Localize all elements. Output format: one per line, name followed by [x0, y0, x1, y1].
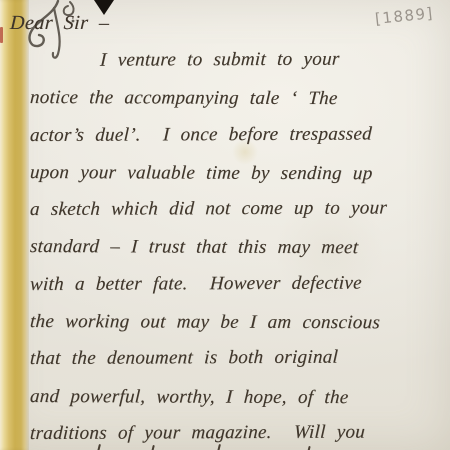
partial-next-line-ascenders [0, 443, 450, 450]
letter-line: standard – I trust that this may meet [29, 228, 447, 267]
letter-page: [1889] Dear Sir – I venture to submit to… [0, 0, 450, 450]
salutation: Dear Sir – [9, 12, 110, 35]
letter-line: and powerful, worthy, I hope, of the [29, 378, 447, 417]
ascender-stroke [97, 444, 101, 450]
letter-line: the working out may be I am conscious [29, 303, 447, 342]
letter-line: upon your valuable time by sending up [29, 154, 447, 193]
letter-line: I venture to submit to your [29, 40, 447, 79]
letter-line: that the denoument is both original [29, 339, 447, 378]
ascender-stroke [151, 445, 155, 450]
ascender-stroke [307, 446, 310, 450]
letter-body: I venture to submit to your notice the a… [30, 42, 446, 450]
ascender-stroke [217, 444, 221, 450]
archival-date-annotation: [1889] [374, 4, 434, 28]
letter-line: notice the accompanying tale ‘ The [29, 79, 447, 118]
letter-line: actor’s duel’. I once before trespassed [29, 115, 447, 154]
red-edge-mark [0, 27, 3, 43]
letter-line: a sketch which did not come up to your [29, 189, 447, 228]
letter-line: with a better fate. However defective [29, 264, 447, 303]
